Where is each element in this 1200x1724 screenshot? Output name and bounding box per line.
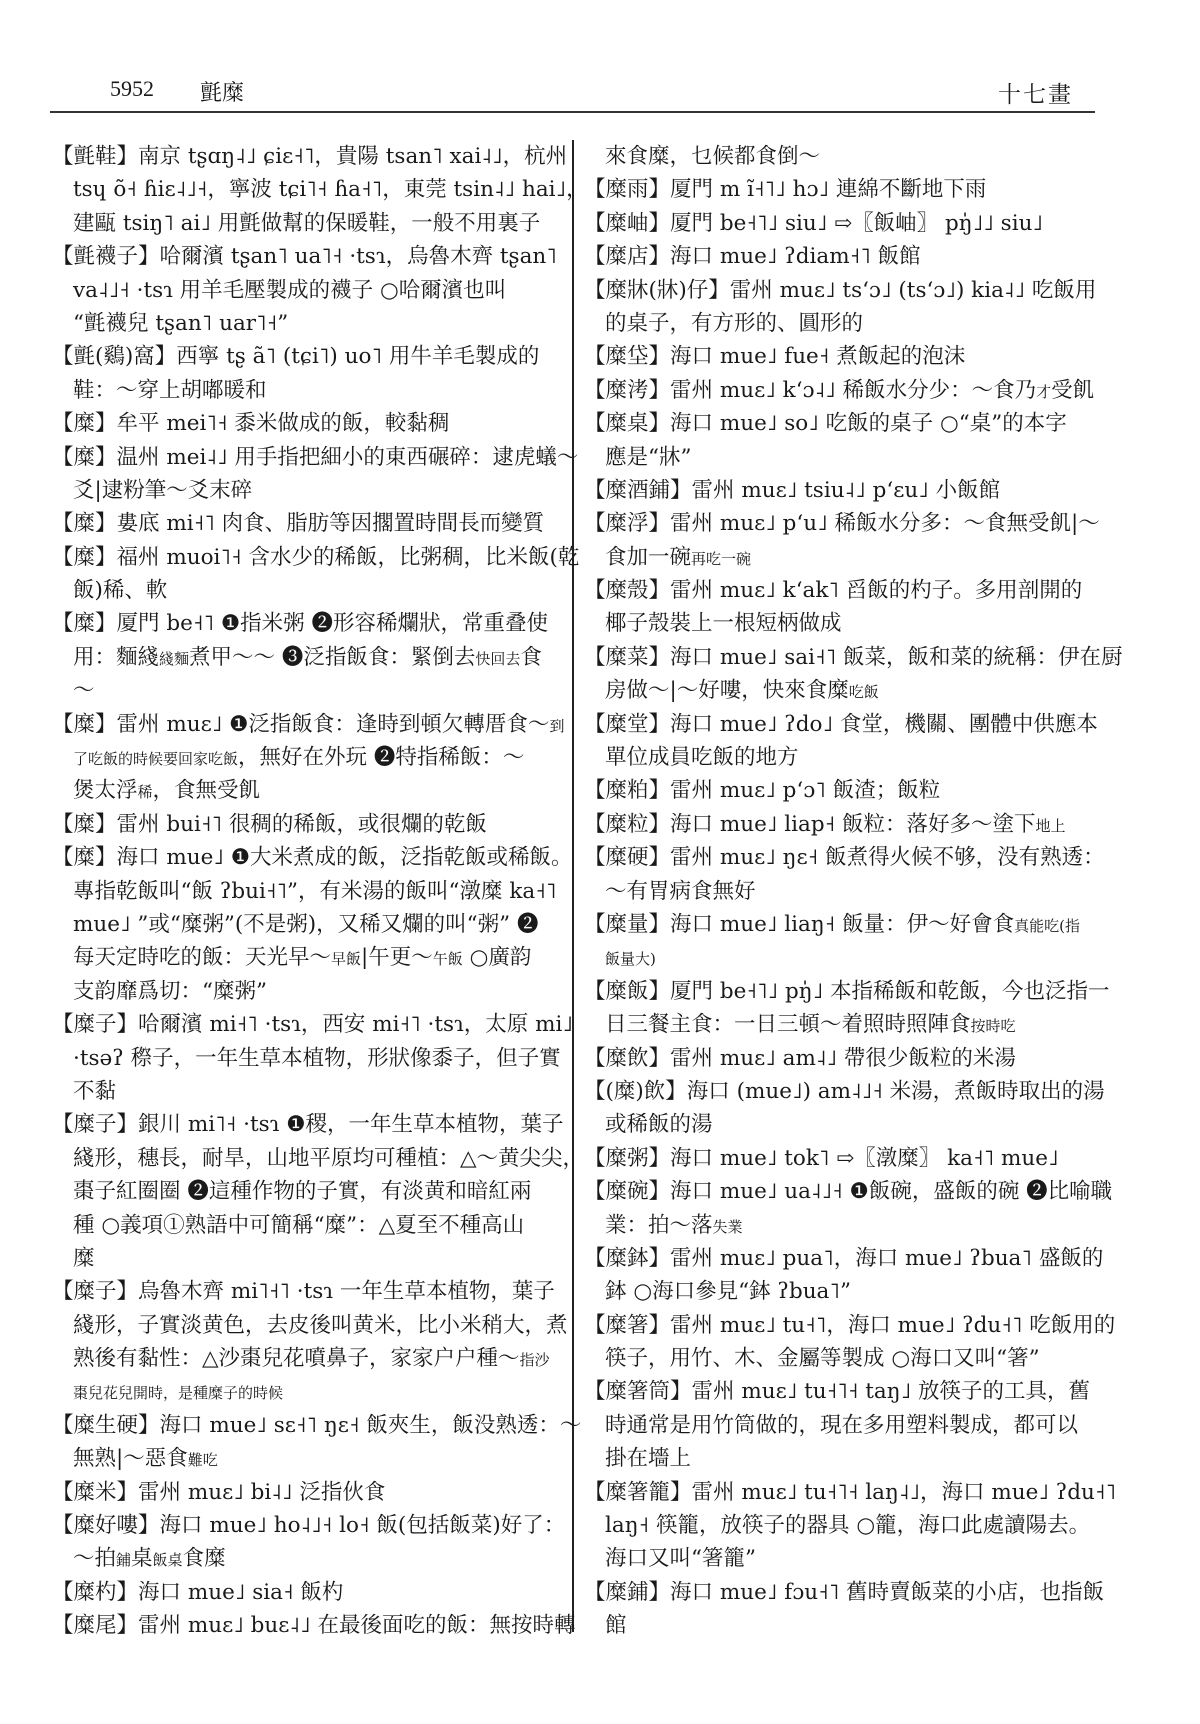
entry-headword: 【糜飯】 xyxy=(584,979,670,1004)
dictionary-entry: 【(糜)飲】海口 (mue˩) am˨˩˧ 米湯，煮飯時取出的湯或稀飯的湯 xyxy=(584,1075,1096,1142)
entry-headword: 【糜箸筒】 xyxy=(584,1379,692,1404)
dictionary-entry: 【糜鉢】雷州 muɛ˩ pua˥，海口 mue˩ ʔbua˥ 盛飯的鉢 ○海口參… xyxy=(584,1242,1096,1309)
entry-headword: 【糜】 xyxy=(52,545,117,570)
dictionary-entry: 【糜飲】雷州 muɛ˩ am˨˩ 帶很少飯粒的米湯 xyxy=(584,1042,1096,1075)
dictionary-entry: 【糜硬】雷州 muɛ˩ ŋɛ˧ 飯煮得火候不够，没有熟透：～有胃病食無好 xyxy=(584,841,1096,908)
entry-first-line: 【糜酒鋪】雷州 muɛ˩ tsiu˨˩ pʻɛu˩ 小飯館 xyxy=(584,474,1096,507)
dictionary-entry: 【糜】雷州 muɛ˩ ❶泛指飯食：逢時到頓欠轉厝食～到了吃飯的時候要回家吃飯，無… xyxy=(52,708,564,808)
entry-text: 雷州 muɛ˩ pʻɔ˥ 飯渣；飯粒 xyxy=(670,778,940,803)
entry-headword: 【糜飲】 xyxy=(584,1046,670,1071)
entry-text: 海口 mue˩ sia˧ 飯杓 xyxy=(138,1580,343,1605)
dictionary-entry: 【糜桌】海口 mue˩ so˩ 吃飯的桌子 ○“桌”的本字應是“牀” xyxy=(584,407,1096,474)
entry-continuation-line: “氈襪兒 tʂan˥ uar˥˧” xyxy=(52,307,564,340)
entry-continuation-line: 支韵靡爲切：“糜粥” xyxy=(52,975,564,1008)
left-column: 【氈鞋】南京 tʂɑŋ˨˩ ɕiɛ˧˥，貴陽 tsan˥ xai˨˩，杭州tsɥ… xyxy=(52,140,564,1643)
entry-text: 海口 mue˩ liaŋ˧ 飯量：伊～好會食 xyxy=(670,912,1014,937)
entry-continuation-line: ～有胃病食無好 xyxy=(584,875,1096,908)
dictionary-entry: 【糜酒鋪】雷州 muɛ˩ tsiu˨˩ pʻɛu˩ 小飯館 xyxy=(584,474,1096,507)
dictionary-entry: 【糜店】海口 mue˩ ʔdiam˧˥ 飯館 xyxy=(584,240,1096,273)
entry-continuation-line: laŋ˧ 筷籠，放筷子的器具 ○籠，海口此處讀陽去。 xyxy=(584,1509,1096,1542)
entry-headword: 【糜】 xyxy=(52,445,117,470)
entry-first-line: 【糜堂】海口 mue˩ ʔdo˩ 食堂，機關、團體中供應本 xyxy=(584,708,1096,741)
entry-text: 專指乾飯叫“飯 ʔbui˧˥”，有米湯的飯叫“潡糜 ka˧˥ xyxy=(73,879,556,904)
entry-text: 雷州 muɛ˩ tsiu˨˩ pʻɛu˩ 小飯館 xyxy=(692,478,1001,503)
entry-text: 哈爾濱 mi˧˥ ·tsɿ，西安 mi˧˥ ·tsɿ，太原 mi˩ xyxy=(138,1012,573,1037)
dictionary-entry: 【糜浮】雷州 muɛ˩ pʻu˩ 稀飯水分多：～食無受飢|～食加一碗再吃一碗 xyxy=(584,507,1096,574)
entry-continuation-line: 業：拍～落失業 xyxy=(584,1209,1096,1242)
entry-headword: 【糜】 xyxy=(52,611,117,636)
gloss-note: 飯量大) xyxy=(605,950,656,968)
dictionary-entry: 【糜子】銀川 mi˥˧ ·tsɿ ❶稷，一年生草本植物，葉子綫形，穗長，耐旱，山… xyxy=(52,1108,564,1275)
entry-first-line: 【糜米】雷州 muɛ˩ bi˨˩ 泛指伙食 xyxy=(52,1476,564,1509)
entry-headword: 【糜酒鋪】 xyxy=(584,478,692,503)
entry-headword: 【糜】 xyxy=(52,511,117,536)
entry-first-line: 【糜箸】雷州 muɛ˩ tu˧˥，海口 mue˩ ʔdu˧˥ 吃飯用的 xyxy=(584,1309,1096,1342)
dictionary-entry: 【糜米】雷州 muɛ˩ bi˨˩ 泛指伙食 xyxy=(52,1476,564,1509)
entry-text: 海口 mue˩ sai˧˥ 飯菜，飯和菜的統稱：伊在厨 xyxy=(670,645,1123,670)
entry-text: 時通常是用竹筒做的，現在多用塑料製成，都可以 xyxy=(605,1413,1078,1438)
entry-headword: 【糜牀(牀)仔】 xyxy=(584,278,730,303)
entry-headword: 【糜子】 xyxy=(52,1279,138,1304)
dictionary-entry: 【糜牀(牀)仔】雷州 muɛ˩ tsʻɔ˩ (tsʻɔ˩) kia˨˩ 吃飯用的… xyxy=(584,274,1096,341)
page-header: 5952 氈糜 十七畫 xyxy=(50,72,1095,112)
entry-first-line: 【糜箸籠】雷州 muɛ˩ tu˧˥˧ laŋ˨˩，海口 mue˩ ʔdu˧˥ xyxy=(584,1476,1096,1509)
entry-continuation-line: 日三餐主食：一日三頓～着照時照陣食按時吃 xyxy=(584,1008,1096,1041)
entry-text: tsɥ õ˧ ɦiɛ˨˩˧，寧波 tɕi˥˧ ɦa˧˥，東莞 tsin˨˩ ha… xyxy=(73,177,588,202)
entry-text: 雷州 muɛ˩ am˨˩ 帶很少飯粒的米湯 xyxy=(670,1046,1016,1071)
dictionary-entry: 【糜】厦門 be˧˥ ❶指米粥 ❷形容稀爛狀，常重叠使用：麵綫綫麵煮甲～～ ❸泛… xyxy=(52,607,564,707)
entry-text: 筷子，用竹、木、金屬等製成 ○海口又叫“箸” xyxy=(605,1346,1040,1371)
entry-text: 雷州 muɛ˩ ❶泛指飯食：逢時到頓欠轉厝食～ xyxy=(117,712,550,737)
gloss-note: 失業 xyxy=(713,1218,743,1236)
entry-text: 無熟|～惡食 xyxy=(73,1446,188,1471)
entry-text: 椰子殼裝上一根短柄做成 xyxy=(605,611,842,636)
entry-headword: 【氈鞋】 xyxy=(52,144,138,169)
entry-first-line: 【糜碗】海口 mue˩ ua˨˩˧ ❶飯碗，盛飯的碗 ❷比喻職 xyxy=(584,1175,1096,1208)
dictionary-entry: 【糜鋪】海口 mue˩ fɔu˧˥ 舊時賣飯菜的小店，也指飯館 xyxy=(584,1576,1096,1643)
entry-text: 煲太浮 xyxy=(73,778,138,803)
entry-first-line: 【糜岫】厦門 be˧˥˩ siu˩ ⇨〖飯岫〗 pŋ̍˩˩ siu˩ xyxy=(584,207,1096,240)
entry-continuation-line: 建甌 tsiŋ˥ ai˩ 用氈做幫的保暖鞋，一般不用裏子 xyxy=(52,207,564,240)
dictionary-entry: 【糜】温州 mei˨˩ 用手指把細小的東西碾碎：逮虎蟻～爻|逮粉筆～爻末碎 xyxy=(52,441,564,508)
entry-headword: 【糜】 xyxy=(52,411,117,436)
dictionary-entry: 【糜量】海口 mue˩ liaŋ˧ 飯量：伊～好會食真能吃(指飯量大) xyxy=(584,908,1096,975)
gloss-note: 再吃一碗 xyxy=(691,550,751,568)
entry-continuation-line: 時通常是用竹筒做的，現在多用塑料製成，都可以 xyxy=(584,1409,1096,1442)
gloss-note: 早飯 xyxy=(331,950,361,968)
gloss-note: 鋪 xyxy=(116,1551,131,1569)
entry-text: 桌 xyxy=(131,1546,153,1571)
entry-headword: 【糜箸】 xyxy=(584,1313,670,1338)
gloss-note: 了吃飯的時候要回家吃飯 xyxy=(73,750,238,768)
dictionary-entry: 【糜箸筒】雷州 muɛ˩ tu˧˥˧ taŋ˩ 放筷子的工具，舊時通常是用竹筒做… xyxy=(584,1375,1096,1475)
gloss-note: 午飯 xyxy=(433,950,463,968)
entry-text: 銀川 mi˥˧ ·tsɿ ❶稷，一年生草本植物，葉子 xyxy=(138,1112,564,1137)
entry-continuation-line: 了吃飯的時候要回家吃飯，無好在外玩 ❷特指稀飯：～ xyxy=(52,741,564,774)
entry-continuation-line: 筷子，用竹、木、金屬等製成 ○海口又叫“箸” xyxy=(584,1342,1096,1375)
entry-text: 牟平 mei˥˧ 黍米做成的飯，較黏稠 xyxy=(117,411,450,436)
entry-first-line: 【氈襪子】哈爾濱 tʂan˥ ua˥˧ ·tsɿ，烏魯木齊 tʂan˥ xyxy=(52,240,564,273)
gloss-note: 地上 xyxy=(1036,817,1066,835)
entry-first-line: 【糜】福州 muoi˥˧ 含水少的稀飯，比粥稠，比米飯(乾 xyxy=(52,541,564,574)
entry-first-line: 【糜粕】雷州 muɛ˩ pʻɔ˥ 飯渣；飯粒 xyxy=(584,774,1096,807)
entry-first-line: 【糜粥】海口 mue˩ tok˥ ⇨〖潡糜〗 ka˧˥ mue˩ xyxy=(584,1142,1096,1175)
entry-continuation-line: 煲太浮稀，食無受飢 xyxy=(52,774,564,807)
dictionary-entry: 【糜菜】海口 mue˩ sai˧˥ 飯菜，飯和菜的統稱：伊在厨房做～|～好嘍，快… xyxy=(584,641,1096,708)
entry-headword: 【糜尾】 xyxy=(52,1613,138,1638)
entry-continuation-line: 掛在墻上 xyxy=(584,1442,1096,1475)
entry-text: 用：麵綫 xyxy=(73,645,159,670)
entry-text: 海口 mue˩ tok˥ ⇨〖潡糜〗 ka˧˥ mue˩ xyxy=(670,1146,1059,1171)
gloss-note: 吃飯 xyxy=(849,683,879,701)
dictionary-entry: 【氈鞋】南京 tʂɑŋ˨˩ ɕiɛ˧˥，貴陽 tsan˥ xai˨˩，杭州tsɥ… xyxy=(52,140,564,240)
entry-continuation-line: 每天定時吃的飯：天光早～早飯|午更～午飯 ○廣韵 xyxy=(52,941,564,974)
entry-continuation-line: 熟後有黏性：△沙棗兒花噴鼻子，家家户户種～指沙 xyxy=(52,1342,564,1375)
entry-continuation-line: 綫形，子實淡黄色，去皮後叫黄米，比小米稍大，煮 xyxy=(52,1309,564,1342)
entry-headword: 【糜洘】 xyxy=(584,378,670,403)
entry-text: 綫形，穗長，耐旱，山地平原均可種植：△～黄尖尖， xyxy=(73,1146,584,1171)
entry-headword: 【糜堂】 xyxy=(584,712,670,737)
entry-text: 食糜 xyxy=(183,1546,226,1571)
entry-first-line: 【糜牀(牀)仔】雷州 muɛ˩ tsʻɔ˩ (tsʻɔ˩) kia˨˩ 吃飯用 xyxy=(584,274,1096,307)
dictionary-entry: 【糜洘】雷州 muɛ˩ kʻɔ˨˩ 稀飯水分少：～食乃才受飢 xyxy=(584,374,1096,407)
entry-first-line: 【糜菜】海口 mue˩ sai˧˥ 飯菜，飯和菜的統稱：伊在厨 xyxy=(584,641,1096,674)
entry-text: 單位成員吃飯的地方 xyxy=(605,745,799,770)
entry-first-line: 【糜洘】雷州 muɛ˩ kʻɔ˨˩ 稀飯水分少：～食乃才受飢 xyxy=(584,374,1096,407)
entry-headword: 【糜好嘍】 xyxy=(52,1513,160,1538)
entry-text: 厦門 be˧˥ ❶指米粥 ❷形容稀爛狀，常重叠使 xyxy=(117,611,548,636)
entry-text: 海口 mue˩ sɛ˧˥ ŋɛ˧ 飯夾生，飯没熟透：～ xyxy=(160,1413,582,1438)
entry-text: 海口又叫“箸籠” xyxy=(605,1546,756,1571)
entry-first-line: 【糜好嘍】海口 mue˩ ho˨˩˧ lo˧ 飯(包括飯菜)好了： xyxy=(52,1509,564,1542)
entry-continuation-line: 單位成員吃飯的地方 xyxy=(584,741,1096,774)
entry-text: 厦門 m ĩ˧˥˩ hɔ˩ 連綿不斷地下雨 xyxy=(670,177,986,202)
entry-continuation-line: 館 xyxy=(584,1609,1096,1642)
dictionary-entry: 來食糜，乜候都食倒～ xyxy=(584,140,1096,173)
entry-text: ～ xyxy=(73,678,95,703)
dictionary-entry: 【糜粥】海口 mue˩ tok˥ ⇨〖潡糜〗 ka˧˥ mue˩ xyxy=(584,1142,1096,1175)
entry-first-line: 【糜】雷州 muɛ˩ ❶泛指飯食：逢時到頓欠轉厝食～到 xyxy=(52,708,564,741)
page-number: 5952 xyxy=(110,76,154,102)
entry-text: 海口 mue˩ so˩ 吃飯的桌子 ○“桌”的本字 xyxy=(670,411,1067,436)
entry-first-line: 【糜浮】雷州 muɛ˩ pʻu˩ 稀飯水分多：～食無受飢|～ xyxy=(584,507,1096,540)
entry-text: 鞋：～穿上胡嘟暖和 xyxy=(73,378,267,403)
entry-continuation-line: 來食糜，乜候都食倒～ xyxy=(584,140,1096,173)
entry-first-line: 【糜飯】厦門 be˧˥˩ pŋ̍˩ 本指稀飯和乾飯，今也泛指一 xyxy=(584,975,1096,1008)
entry-continuation-line: 棗子紅圈圈 ❷這種作物的子實，有淡黄和暗紅兩 xyxy=(52,1175,564,1208)
entry-text: ，食無受飢 xyxy=(153,778,261,803)
entry-first-line: 【氈鞋】南京 tʂɑŋ˨˩ ɕiɛ˧˥，貴陽 tsan˥ xai˨˩，杭州 xyxy=(52,140,564,173)
dictionary-entry: 【糜雨】厦門 m ĩ˧˥˩ hɔ˩ 連綿不斷地下雨 xyxy=(584,173,1096,206)
entry-first-line: 【糜生硬】海口 mue˩ sɛ˧˥ ŋɛ˧ 飯夾生，飯没熟透：～ xyxy=(52,1409,564,1442)
gloss-note: 才 xyxy=(1036,383,1051,401)
guide-words: 氈糜 xyxy=(200,76,244,107)
dictionary-entry: 【糜】海口 mue˩ ❶大米煮成的飯，泛指乾飯或稀飯。專指乾飯叫“飯 ʔbui˧… xyxy=(52,841,564,1008)
entry-text: ，無好在外玩 ❷特指稀飯：～ xyxy=(238,745,524,770)
entry-text: 厦門 be˧˥˩ pŋ̍˩ 本指稀飯和乾飯，今也泛指一 xyxy=(670,979,1110,1004)
entry-text: 來食糜，乜候都食倒～ xyxy=(605,144,820,169)
dictionary-entry: 【糜飯】厦門 be˧˥˩ pŋ̍˩ 本指稀飯和乾飯，今也泛指一日三餐主食：一日三… xyxy=(584,975,1096,1042)
entry-text: 支韵靡爲切：“糜粥” xyxy=(73,979,267,1004)
entry-first-line: 【糜】厦門 be˧˥ ❶指米粥 ❷形容稀爛狀，常重叠使 xyxy=(52,607,564,640)
entry-first-line: 【糜硬】雷州 muɛ˩ ŋɛ˧ 飯煮得火候不够，没有熟透： xyxy=(584,841,1096,874)
dictionary-entry: 【糜】雷州 bui˧˥ 很稠的稀飯，或很爛的乾飯 xyxy=(52,808,564,841)
gloss-note: 按時吃 xyxy=(971,1017,1016,1035)
entry-first-line: 【糜殼】雷州 muɛ˩ kʻak˥ 舀飯的杓子。多用剖開的 xyxy=(584,574,1096,607)
entry-text: 應是“牀” xyxy=(605,445,691,470)
entry-text: 海口 mue˩ ua˨˩˧ ❶飯碗，盛飯的碗 ❷比喻職 xyxy=(670,1179,1112,1204)
entry-text: 食加一碗 xyxy=(605,545,691,570)
gloss-note: 指沙 xyxy=(520,1351,550,1369)
gloss-note: 難吃 xyxy=(188,1451,218,1469)
section-label: 十七畫 xyxy=(998,76,1073,109)
entry-continuation-line: va˨˩˧ ·tsɿ 用羊毛壓製成的襪子 ○哈爾濱也叫 xyxy=(52,274,564,307)
entry-first-line: 【氈(鷄)窩】西寧 tʂ ã˥ (tɕi˥) uo˥ 用牛羊毛製成的 xyxy=(52,340,564,373)
entry-text: ○廣韵 xyxy=(463,945,532,970)
entry-headword: 【糜雨】 xyxy=(584,177,670,202)
entry-headword: 【(糜)飲】 xyxy=(584,1079,687,1104)
entry-text: 業：拍～落 xyxy=(605,1213,713,1238)
entry-headword: 【糜鋪】 xyxy=(584,1580,670,1605)
entry-text: 雷州 muɛ˩ tu˧˥˧ laŋ˨˩，海口 mue˩ ʔdu˧˥ xyxy=(692,1480,1117,1505)
entry-text: 海口 mue˩ ʔdo˩ 食堂，機關、團體中供應本 xyxy=(670,712,1098,737)
entry-headword: 【糜菜】 xyxy=(584,645,670,670)
entry-headword: 【糜殼】 xyxy=(584,578,670,603)
entry-text: 雷州 muɛ˩ pua˥，海口 mue˩ ʔbua˥ 盛飯的 xyxy=(670,1246,1103,1271)
entry-first-line: 【糜粒】海口 mue˩ liap˧ 飯粒：落好多～塗下地上 xyxy=(584,808,1096,841)
entry-first-line: 【糜】牟平 mei˥˧ 黍米做成的飯，較黏稠 xyxy=(52,407,564,440)
entry-continuation-line: 的桌子，有方形的、圓形的 xyxy=(584,307,1096,340)
dictionary-entry: 【糜生硬】海口 mue˩ sɛ˧˥ ŋɛ˧ 飯夾生，飯没熟透：～無熟|～惡食難吃 xyxy=(52,1409,564,1476)
entry-text: ～拍 xyxy=(73,1546,116,1571)
entry-continuation-line: 不黏 xyxy=(52,1075,564,1108)
entry-text: 海口 (mue˩) am˨˩˧ 米湯，煮飯時取出的湯 xyxy=(687,1079,1105,1104)
entry-text: 受飢 xyxy=(1051,378,1094,403)
entry-text: 煮甲～～ ❸泛指飯食：緊倒去 xyxy=(189,645,475,670)
entry-headword: 【糜浮】 xyxy=(584,511,670,536)
entry-text: 海口 mue˩ fɔu˧˥ 舊時賣飯菜的小店，也指飯 xyxy=(670,1580,1104,1605)
entry-text: 食 xyxy=(520,645,542,670)
entry-headword: 【糜粒】 xyxy=(584,812,670,837)
entry-first-line: 【糜飲】雷州 muɛ˩ am˨˩ 帶很少飯粒的米湯 xyxy=(584,1042,1096,1075)
entry-text: 建甌 tsiŋ˥ ai˩ 用氈做幫的保暖鞋，一般不用裏子 xyxy=(73,211,540,236)
entry-headword: 【糜子】 xyxy=(52,1012,138,1037)
entry-text: 海口 mue˩ fue˧ 煮飯起的泡沫 xyxy=(670,344,965,369)
entry-text: 烏魯木齊 mi˥˧˥ ·tsɿ 一年生草本植物，葉子 xyxy=(138,1279,555,1304)
dictionary-entry: 【糜】福州 muoi˥˧ 含水少的稀飯，比粥稠，比米飯(乾飯)稀、軟 xyxy=(52,541,564,608)
entry-headword: 【氈(鷄)窩】 xyxy=(52,344,176,369)
entry-first-line: 【糜箸筒】雷州 muɛ˩ tu˧˥˧ taŋ˩ 放筷子的工具，舊 xyxy=(584,1375,1096,1408)
dictionary-entry: 【氈(鷄)窩】西寧 tʂ ã˥ (tɕi˥) uo˥ 用牛羊毛製成的鞋：～穿上胡… xyxy=(52,340,564,407)
entry-text: 綫形，子實淡黄色，去皮後叫黄米，比小米稍大，煮 xyxy=(73,1313,568,1338)
entry-continuation-line: 房做～|～好嘍，快來食糜吃飯 xyxy=(584,674,1096,707)
gloss-note: 飯桌 xyxy=(153,1551,183,1569)
entry-text: 雷州 bui˧˥ 很稠的稀飯，或很爛的乾飯 xyxy=(117,812,487,837)
entry-text: 熟後有黏性：△沙棗兒花噴鼻子，家家户户種～ xyxy=(73,1346,520,1371)
entry-continuation-line: ·tsəʔ 穄子，一年生草本植物，形狀像黍子，但子實 xyxy=(52,1042,564,1075)
dictionary-entry: 【糜尾】雷州 muɛ˩ buɛ˨˩ 在最後面吃的飯：無按時轉 xyxy=(52,1609,564,1642)
entry-continuation-line: 糜 xyxy=(52,1242,564,1275)
dictionary-entry: 【糜粒】海口 mue˩ liap˧ 飯粒：落好多～塗下地上 xyxy=(584,808,1096,841)
entry-first-line: 【糜杓】海口 mue˩ sia˧ 飯杓 xyxy=(52,1576,564,1609)
dictionary-entry: 【糜】牟平 mei˥˧ 黍米做成的飯，較黏稠 xyxy=(52,407,564,440)
gloss-note: 到 xyxy=(549,717,564,735)
entry-continuation-line: 食加一碗再吃一碗 xyxy=(584,541,1096,574)
entry-headword: 【糜碗】 xyxy=(584,1179,670,1204)
entry-text: 雷州 muɛ˩ tu˧˥，海口 mue˩ ʔdu˧˥ 吃飯用的 xyxy=(670,1313,1115,1338)
entry-text: 海口 mue˩ ❶大米煮成的飯，泛指乾飯或稀飯。 xyxy=(117,845,573,870)
entry-first-line: 【糜子】銀川 mi˥˧ ·tsɿ ❶稷，一年生草本植物，葉子 xyxy=(52,1108,564,1141)
entry-continuation-line: 鉢 ○海口參見“鉢 ʔbua˥” xyxy=(584,1275,1096,1308)
entry-headword: 【糜岫】 xyxy=(584,211,670,236)
entry-headword: 【糜】 xyxy=(52,712,117,737)
entry-first-line: 【糜子】烏魯木齊 mi˥˧˥ ·tsɿ 一年生草本植物，葉子 xyxy=(52,1275,564,1308)
entry-text: mue˩ ”或“糜粥”(不是粥)，又稀又爛的叫“粥” ❷ xyxy=(73,912,538,937)
entry-text: 爻|逮粉筆～爻末碎 xyxy=(73,478,252,503)
entry-text: 房做～|～好嘍，快來食糜 xyxy=(605,678,849,703)
dictionary-entry: 【糜】婁底 mi˧˥ 肉食、脂肪等因擱置時間長而變質 xyxy=(52,507,564,540)
entry-headword: 【糜杓】 xyxy=(52,1580,138,1605)
entry-first-line: 【糜店】海口 mue˩ ʔdiam˧˥ 飯館 xyxy=(584,240,1096,273)
entry-headword: 【糜】 xyxy=(52,812,117,837)
entry-text: 海口 mue˩ ʔdiam˧˥ 飯館 xyxy=(670,244,921,269)
column-divider xyxy=(572,140,574,1632)
entry-text: 雷州 muɛ˩ kʻak˥ 舀飯的杓子。多用剖開的 xyxy=(670,578,1082,603)
entry-text: 雷州 muɛ˩ pʻu˩ 稀飯水分多：～食無受飢|～ xyxy=(670,511,1100,536)
entry-first-line: 【糜】雷州 bui˧˥ 很稠的稀飯，或很爛的乾飯 xyxy=(52,808,564,841)
entry-text: 雷州 muɛ˩ tsʻɔ˩ (tsʻɔ˩) kia˨˩ 吃飯用 xyxy=(730,278,1097,303)
entry-headword: 【糜店】 xyxy=(584,244,670,269)
entry-text: “氈襪兒 tʂan˥ uar˥˧” xyxy=(73,311,288,336)
entry-text: 西寧 tʂ ã˥ (tɕi˥) uo˥ 用牛羊毛製成的 xyxy=(176,344,539,369)
entry-text: 雷州 muɛ˩ tu˧˥˧ taŋ˩ 放筷子的工具，舊 xyxy=(692,1379,1091,1404)
dictionary-entry: 【糜子】哈爾濱 mi˧˥ ·tsɿ，西安 mi˧˥ ·tsɿ，太原 mi˩·ts… xyxy=(52,1008,564,1108)
entry-text: 海口 mue˩ ho˨˩˧ lo˧ 飯(包括飯菜)好了： xyxy=(160,1513,566,1538)
dictionary-entry: 【糜殼】雷州 muɛ˩ kʻak˥ 舀飯的杓子。多用剖開的椰子殼裝上一根短柄做成 xyxy=(584,574,1096,641)
entry-text: 雷州 muɛ˩ kʻɔ˨˩ 稀飯水分少：～食乃 xyxy=(670,378,1036,403)
entry-first-line: 【糜子】哈爾濱 mi˧˥ ·tsɿ，西安 mi˧˥ ·tsɿ，太原 mi˩ xyxy=(52,1008,564,1041)
entry-first-line: 【糜鋪】海口 mue˩ fɔu˧˥ 舊時賣飯菜的小店，也指飯 xyxy=(584,1576,1096,1609)
header-rule xyxy=(50,111,1095,113)
entry-text: 不黏 xyxy=(73,1079,116,1104)
entry-text: ·tsəʔ 穄子，一年生草本植物，形狀像黍子，但子實 xyxy=(73,1046,561,1071)
entry-text: |午更～ xyxy=(361,945,433,970)
entry-text: 或稀飯的湯 xyxy=(605,1112,713,1137)
entry-text: 鉢 ○海口參見“鉢 ʔbua˥” xyxy=(605,1279,851,1304)
entry-first-line: 【糜】婁底 mi˧˥ 肉食、脂肪等因擱置時間長而變質 xyxy=(52,507,564,540)
entry-text: 每天定時吃的飯：天光早～ xyxy=(73,945,331,970)
dictionary-entry: 【糜箸籠】雷州 muɛ˩ tu˧˥˧ laŋ˨˩，海口 mue˩ ʔdu˧˥la… xyxy=(584,1476,1096,1576)
entry-continuation-line: ～拍鋪桌飯桌食糜 xyxy=(52,1542,564,1575)
entry-headword: 【糜量】 xyxy=(584,912,670,937)
entry-text: 飯)稀、軟 xyxy=(73,578,167,603)
entry-text: 哈爾濱 tʂan˥ ua˥˧ ·tsɿ，烏魯木齊 tʂan˥ xyxy=(160,244,557,269)
entry-continuation-line: 應是“牀” xyxy=(584,441,1096,474)
entry-continuation-line: 專指乾飯叫“飯 ʔbui˧˥”，有米湯的飯叫“潡糜 ka˧˥ xyxy=(52,875,564,908)
entry-text: 館 xyxy=(605,1613,627,1638)
entry-continuation-line: 爻|逮粉筆～爻末碎 xyxy=(52,474,564,507)
entry-headword: 【糜垈】 xyxy=(584,344,670,369)
dictionary-entry: 【糜杓】海口 mue˩ sia˧ 飯杓 xyxy=(52,1576,564,1609)
entry-continuation-line: 綫形，穗長，耐旱，山地平原均可種植：△～黄尖尖， xyxy=(52,1142,564,1175)
entry-continuation-line: 或稀飯的湯 xyxy=(584,1108,1096,1141)
gloss-note: 真能吃(指 xyxy=(1014,917,1080,935)
dictionary-entry: 【糜岫】厦門 be˧˥˩ siu˩ ⇨〖飯岫〗 pŋ̍˩˩ siu˩ xyxy=(584,207,1096,240)
entry-text: 的桌子，有方形的、圓形的 xyxy=(605,311,863,336)
entry-headword: 【糜】 xyxy=(52,845,117,870)
gloss-note: 稀 xyxy=(138,783,153,801)
dictionary-entry: 【氈襪子】哈爾濱 tʂan˥ ua˥˧ ·tsɿ，烏魯木齊 tʂan˥va˨˩˧… xyxy=(52,240,564,340)
entry-first-line: 【糜尾】雷州 muɛ˩ buɛ˨˩ 在最後面吃的飯：無按時轉 xyxy=(52,1609,564,1642)
right-column: 來食糜，乜候都食倒～【糜雨】厦門 m ĩ˧˥˩ hɔ˩ 連綿不斷地下雨【糜岫】厦… xyxy=(584,140,1096,1643)
entry-first-line: 【糜雨】厦門 m ĩ˧˥˩ hɔ˩ 連綿不斷地下雨 xyxy=(584,173,1096,206)
entry-headword: 【糜米】 xyxy=(52,1480,138,1505)
entry-text: 福州 muoi˥˧ 含水少的稀飯，比粥稠，比米飯(乾 xyxy=(117,545,580,570)
entry-text: 糜 xyxy=(73,1246,95,1271)
entry-continuation-line: 椰子殼裝上一根短柄做成 xyxy=(584,607,1096,640)
entry-continuation-line: tsɥ õ˧ ɦiɛ˨˩˧，寧波 tɕi˥˧ ɦa˧˥，東莞 tsin˨˩ ha… xyxy=(52,173,564,206)
entry-first-line: 【糜量】海口 mue˩ liaŋ˧ 飯量：伊～好會食真能吃(指 xyxy=(584,908,1096,941)
gloss-note: 棗兒花兒開時，是種糜子的時候 xyxy=(73,1384,283,1402)
entry-headword: 【氈襪子】 xyxy=(52,244,160,269)
entry-first-line: 【糜垈】海口 mue˩ fue˧ 煮飯起的泡沫 xyxy=(584,340,1096,373)
entry-text: 婁底 mi˧˥ 肉食、脂肪等因擱置時間長而變質 xyxy=(117,511,545,536)
entry-headword: 【糜桌】 xyxy=(584,411,670,436)
entry-text: laŋ˧ 筷籠，放筷子的器具 ○籠，海口此處讀陽去。 xyxy=(605,1513,1090,1538)
entry-continuation-line: 棗兒花兒開時，是種糜子的時候 xyxy=(52,1375,564,1408)
entry-continuation-line: 飯)稀、軟 xyxy=(52,574,564,607)
entry-text: 雷州 muɛ˩ bi˨˩ 泛指伙食 xyxy=(138,1480,385,1505)
entry-continuation-line: 無熟|～惡食難吃 xyxy=(52,1442,564,1475)
entry-headword: 【糜箸籠】 xyxy=(584,1480,692,1505)
entry-headword: 【糜鉢】 xyxy=(584,1246,670,1271)
entry-first-line: 【糜桌】海口 mue˩ so˩ 吃飯的桌子 ○“桌”的本字 xyxy=(584,407,1096,440)
entry-first-line: 【糜】海口 mue˩ ❶大米煮成的飯，泛指乾飯或稀飯。 xyxy=(52,841,564,874)
entry-continuation-line: 海口又叫“箸籠” xyxy=(584,1542,1096,1575)
entry-text: 種 ○義項①熟語中可簡稱“糜”：△夏至不種高山 xyxy=(73,1213,524,1238)
entry-continuation-line: ～ xyxy=(52,674,564,707)
gloss-note: 綫麵 xyxy=(159,650,189,668)
entry-text: 温州 mei˨˩ 用手指把細小的東西碾碎：逮虎蟻～ xyxy=(117,445,579,470)
entry-first-line: 【糜鉢】雷州 muɛ˩ pua˥，海口 mue˩ ʔbua˥ 盛飯的 xyxy=(584,1242,1096,1275)
entry-first-line: 【(糜)飲】海口 (mue˩) am˨˩˧ 米湯，煮飯時取出的湯 xyxy=(584,1075,1096,1108)
entry-headword: 【糜子】 xyxy=(52,1112,138,1137)
entry-first-line: 【糜】温州 mei˨˩ 用手指把細小的東西碾碎：逮虎蟻～ xyxy=(52,441,564,474)
entry-text: va˨˩˧ ·tsɿ 用羊毛壓製成的襪子 ○哈爾濱也叫 xyxy=(73,278,506,303)
entry-continuation-line: 用：麵綫綫麵煮甲～～ ❸泛指飯食：緊倒去快回去食 xyxy=(52,641,564,674)
entry-continuation-line: mue˩ ”或“糜粥”(不是粥)，又稀又爛的叫“粥” ❷ xyxy=(52,908,564,941)
dictionary-entry: 【糜粕】雷州 muɛ˩ pʻɔ˥ 飯渣；飯粒 xyxy=(584,774,1096,807)
entry-continuation-line: 飯量大) xyxy=(584,941,1096,974)
entry-headword: 【糜粥】 xyxy=(584,1146,670,1171)
entry-continuation-line: 鞋：～穿上胡嘟暖和 xyxy=(52,374,564,407)
gloss-note: 快回去 xyxy=(475,650,520,668)
dictionary-entry: 【糜箸】雷州 muɛ˩ tu˧˥，海口 mue˩ ʔdu˧˥ 吃飯用的筷子，用竹… xyxy=(584,1309,1096,1376)
entry-headword: 【糜粕】 xyxy=(584,778,670,803)
entry-text: 雷州 muɛ˩ ŋɛ˧ 飯煮得火候不够，没有熟透： xyxy=(670,845,1105,870)
entry-text: 海口 mue˩ liap˧ 飯粒：落好多～塗下 xyxy=(670,812,1036,837)
entry-text: ～有胃病食無好 xyxy=(605,879,756,904)
dictionary-entry: 【糜子】烏魯木齊 mi˥˧˥ ·tsɿ 一年生草本植物，葉子綫形，子實淡黄色，去… xyxy=(52,1275,564,1409)
entry-headword: 【糜硬】 xyxy=(584,845,670,870)
entry-text: 厦門 be˧˥˩ siu˩ ⇨〖飯岫〗 pŋ̍˩˩ siu˩ xyxy=(670,211,1043,236)
dictionary-entry: 【糜碗】海口 mue˩ ua˨˩˧ ❶飯碗，盛飯的碗 ❷比喻職業：拍～落失業 xyxy=(584,1175,1096,1242)
entry-text: 棗子紅圈圈 ❷這種作物的子實，有淡黄和暗紅兩 xyxy=(73,1179,531,1204)
entry-headword: 【糜生硬】 xyxy=(52,1413,160,1438)
entry-text: 日三餐主食：一日三頓～着照時照陣食 xyxy=(605,1012,971,1037)
entry-continuation-line: 種 ○義項①熟語中可簡稱“糜”：△夏至不種高山 xyxy=(52,1209,564,1242)
dictionary-entry: 【糜堂】海口 mue˩ ʔdo˩ 食堂，機關、團體中供應本單位成員吃飯的地方 xyxy=(584,708,1096,775)
